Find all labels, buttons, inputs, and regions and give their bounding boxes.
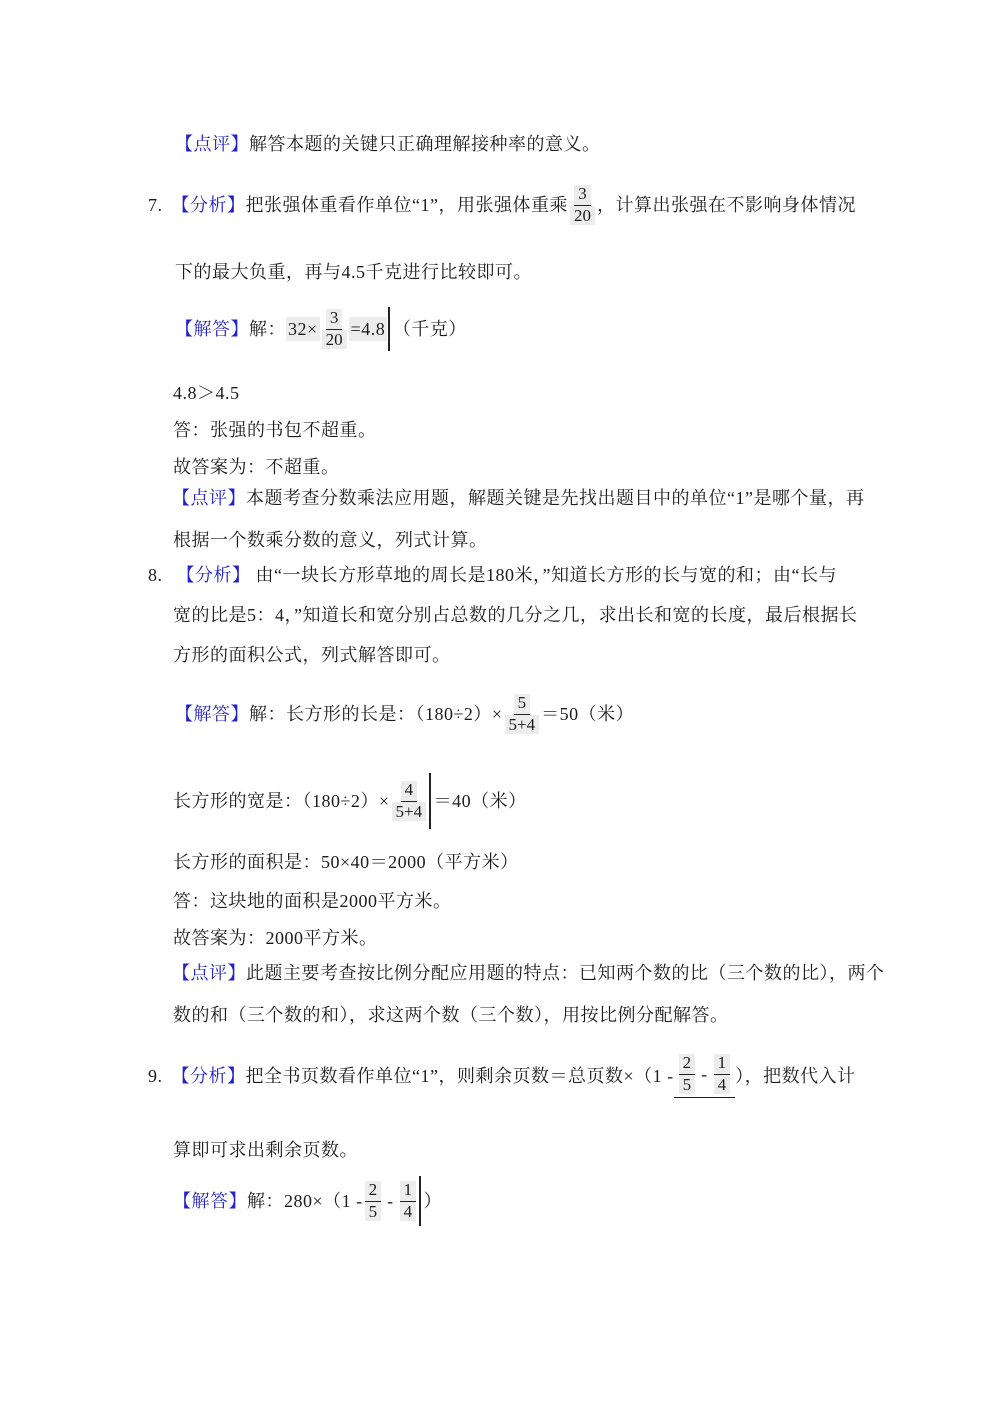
- fraction-2-5: 2 5: [365, 1181, 382, 1221]
- equation-field-bar: [419, 1176, 421, 1226]
- fraction-denominator: 20: [570, 206, 595, 226]
- fraction-numerator: 1: [400, 1181, 417, 1202]
- q7-conclusion-line: 故答案为：不超重。: [173, 456, 340, 478]
- q8-length-line: 【解答】 解：长方形的长是：（180÷2）× 5 5+4 ＝50（米）: [175, 688, 634, 740]
- q7-analysis-line2-text: 下的最大负重，再与4.5千克进行比较即可。: [175, 262, 532, 282]
- fraction-3-20: 3 20: [570, 185, 595, 225]
- q7-eq-pre: 32×: [286, 317, 320, 341]
- fraction-1-4: 1 4: [714, 1054, 731, 1094]
- q9-analysis-line2: 算即可求出剩余页数。: [173, 1139, 358, 1161]
- solution-label: 【解答】: [175, 703, 249, 725]
- q8-conclusion-text: 故答案为：2000平方米。: [173, 928, 378, 948]
- q7-analysis-line1: 7. 【分析】 把张强体重看作单位“1”，用张强体重乘 3 20 ，计算出张强在…: [148, 180, 856, 230]
- document-page: 【点评】解答本题的关键只正确理解接种率的意义。 7. 【分析】 把张强体重看作单…: [0, 0, 1000, 1415]
- fraction-4-over-5plus4: 4 5+4: [392, 781, 427, 821]
- q7-analysis-line2: 下的最大负重，再与4.5千克进行比较即可。: [175, 261, 532, 283]
- analysis-label: 【分析】: [172, 1065, 246, 1087]
- review-label: 【点评】: [172, 488, 246, 508]
- solution-label: 【解答】: [173, 1190, 247, 1212]
- fraction-denominator: 5+4: [505, 715, 540, 735]
- q8-length-pre: 解：长方形的长是：（180÷2）×: [249, 703, 503, 725]
- q7-answer-text: 答：张强的书包不超重。: [173, 420, 377, 440]
- q8-analysis-text1: 由“一块长方形草地的周长是180米，”知道长方形的长与宽的和；由“长与: [256, 565, 837, 585]
- q9-analysis-pre: 把全书页数看作单位“1”，则剩余页数＝总页数×（1 -: [246, 1065, 674, 1087]
- fraction-numerator: 5: [514, 694, 531, 715]
- fraction-denominator: 4: [400, 1202, 417, 1222]
- q9-analysis-text2: 算即可求出剩余页数。: [173, 1140, 358, 1160]
- q8-review-text2: 数的和（三个数的和），求这两个数（三个数），用按比例分配解答。: [173, 1005, 729, 1025]
- q7-compare-text: 4.8＞4.5: [173, 383, 240, 403]
- fraction-1-4: 1 4: [400, 1181, 417, 1221]
- q8-review-line2: 数的和（三个数的和），求这两个数（三个数），用按比例分配解答。: [173, 1004, 729, 1026]
- q8-analysis-text2: 宽的比是5：4，”知道长和宽分别占总数的几分之几，求出长和宽的长度，最后根据长: [173, 605, 858, 625]
- fraction-group-underlined: 2 5 - 1 4: [674, 1054, 736, 1098]
- analysis-label: 【分析】: [172, 194, 246, 216]
- q8-area-line: 长方形的面积是：50×40＝2000（平方米）: [173, 851, 519, 873]
- q8-number: 8.: [148, 564, 163, 586]
- q8-length-post: ＝50（米）: [541, 703, 634, 725]
- fraction-numerator: 4: [401, 781, 418, 802]
- fraction-5-over-5plus4: 5 5+4: [505, 694, 540, 734]
- q7-solve-text: 解：: [249, 318, 286, 340]
- fraction-denominator: 5+4: [392, 802, 427, 822]
- q7-conclusion-text: 故答案为：不超重。: [173, 457, 340, 477]
- equation-field-bar: [388, 307, 390, 351]
- q7-review-text2: 根据一个数乘分数的意义，列式计算。: [173, 530, 488, 550]
- minus-sign: -: [387, 1190, 394, 1212]
- q7-analysis-pre: 把张强体重看作单位“1”，用张强体重乘: [246, 194, 568, 216]
- q7-compare-line: 4.8＞4.5: [173, 382, 240, 404]
- review-label: 【点评】: [175, 134, 249, 154]
- analysis-label: 【分析】: [177, 565, 251, 585]
- fraction-2-5: 2 5: [679, 1054, 696, 1094]
- review-label: 【点评】: [172, 963, 246, 983]
- fraction-numerator: 2: [365, 1181, 382, 1202]
- fraction-numerator: 2: [679, 1054, 696, 1075]
- q8-width-post: ＝40（米）: [434, 790, 527, 812]
- q9-solution-line: 【解答】 解：280×（1 - 2 5 - 1 4 ）: [173, 1172, 442, 1230]
- fraction-numerator: 3: [326, 309, 343, 330]
- q8-width-line: 长方形的宽是：（180÷2）× 4 5+4 ＝40（米）: [173, 772, 527, 830]
- q8-analysis-line3: 方形的面积公式，列式解答即可。: [173, 644, 451, 666]
- q7-review-line1: 【点评】本题考查分数乘法应用题，解题关键是先找出题目中的单位“1”是哪个量，再: [172, 487, 864, 509]
- q7-solution-line: 【解答】 解： 32× 3 20 =4.8 （千克）: [175, 305, 467, 353]
- q7-number: 7.: [148, 194, 163, 216]
- q8-analysis-line2: 宽的比是5：4，”知道长和宽分别占总数的几分之几，求出长和宽的长度，最后根据长: [173, 604, 858, 626]
- q6-review-line: 【点评】解答本题的关键只正确理解接种率的意义。: [175, 133, 601, 155]
- fraction-denominator: 5: [679, 1075, 696, 1095]
- q9-analysis-line1: 9. 【分析】 把全书页数看作单位“1”，则剩余页数＝总页数×（1 - 2 5 …: [148, 1046, 856, 1106]
- fraction-denominator: 5: [365, 1202, 382, 1222]
- solution-label: 【解答】: [175, 318, 249, 340]
- q8-analysis-text3: 方形的面积公式，列式解答即可。: [173, 645, 451, 665]
- fraction-numerator: 1: [714, 1054, 731, 1075]
- q7-eq-result: =4.8: [349, 317, 388, 341]
- q9-solution-post: ）: [424, 1190, 443, 1212]
- fraction-3-20: 3 20: [322, 309, 347, 349]
- q8-analysis-line1: 8. 【分析】 由“一块长方形草地的周长是180米，”知道长方形的长与宽的和；由…: [148, 564, 837, 586]
- fraction-denominator: 4: [714, 1075, 731, 1095]
- q8-answer-text: 答：这块地的面积是2000平方米。: [173, 891, 452, 911]
- q8-width-pre: 长方形的宽是：（180÷2）×: [173, 790, 390, 812]
- q7-answer-line: 答：张强的书包不超重。: [173, 419, 377, 441]
- minus-sign: -: [701, 1063, 708, 1085]
- q6-review-text: 解答本题的关键只正确理解接种率的意义。: [249, 134, 601, 154]
- q7-eq-unit: （千克）: [393, 318, 467, 340]
- equation-field-bar: [429, 773, 431, 829]
- q8-conclusion-line: 故答案为：2000平方米。: [173, 927, 378, 949]
- q8-review-line1: 【点评】此题主要考查按比例分配应用题的特点：已知两个数的比（三个数的比），两个: [172, 962, 885, 984]
- q9-number: 9.: [148, 1065, 163, 1087]
- q7-review-line2: 根据一个数乘分数的意义，列式计算。: [173, 529, 488, 551]
- fraction-denominator: 20: [322, 330, 347, 350]
- q7-review-text1: 本题考查分数乘法应用题，解题关键是先找出题目中的单位“1”是哪个量，再: [246, 488, 864, 508]
- q8-answer-line: 答：这块地的面积是2000平方米。: [173, 890, 452, 912]
- q8-area-text: 长方形的面积是：50×40＝2000（平方米）: [173, 852, 519, 872]
- q9-solution-pre: 解：280×（1 -: [247, 1190, 363, 1212]
- fraction-numerator: 3: [574, 185, 591, 206]
- q8-review-text1: 此题主要考查按比例分配应用题的特点：已知两个数的比（三个数的比），两个: [246, 963, 885, 983]
- q9-analysis-post: ），把数代入计: [735, 1065, 856, 1087]
- q7-analysis-post: ，计算出张强在不影响身体情况: [597, 194, 856, 216]
